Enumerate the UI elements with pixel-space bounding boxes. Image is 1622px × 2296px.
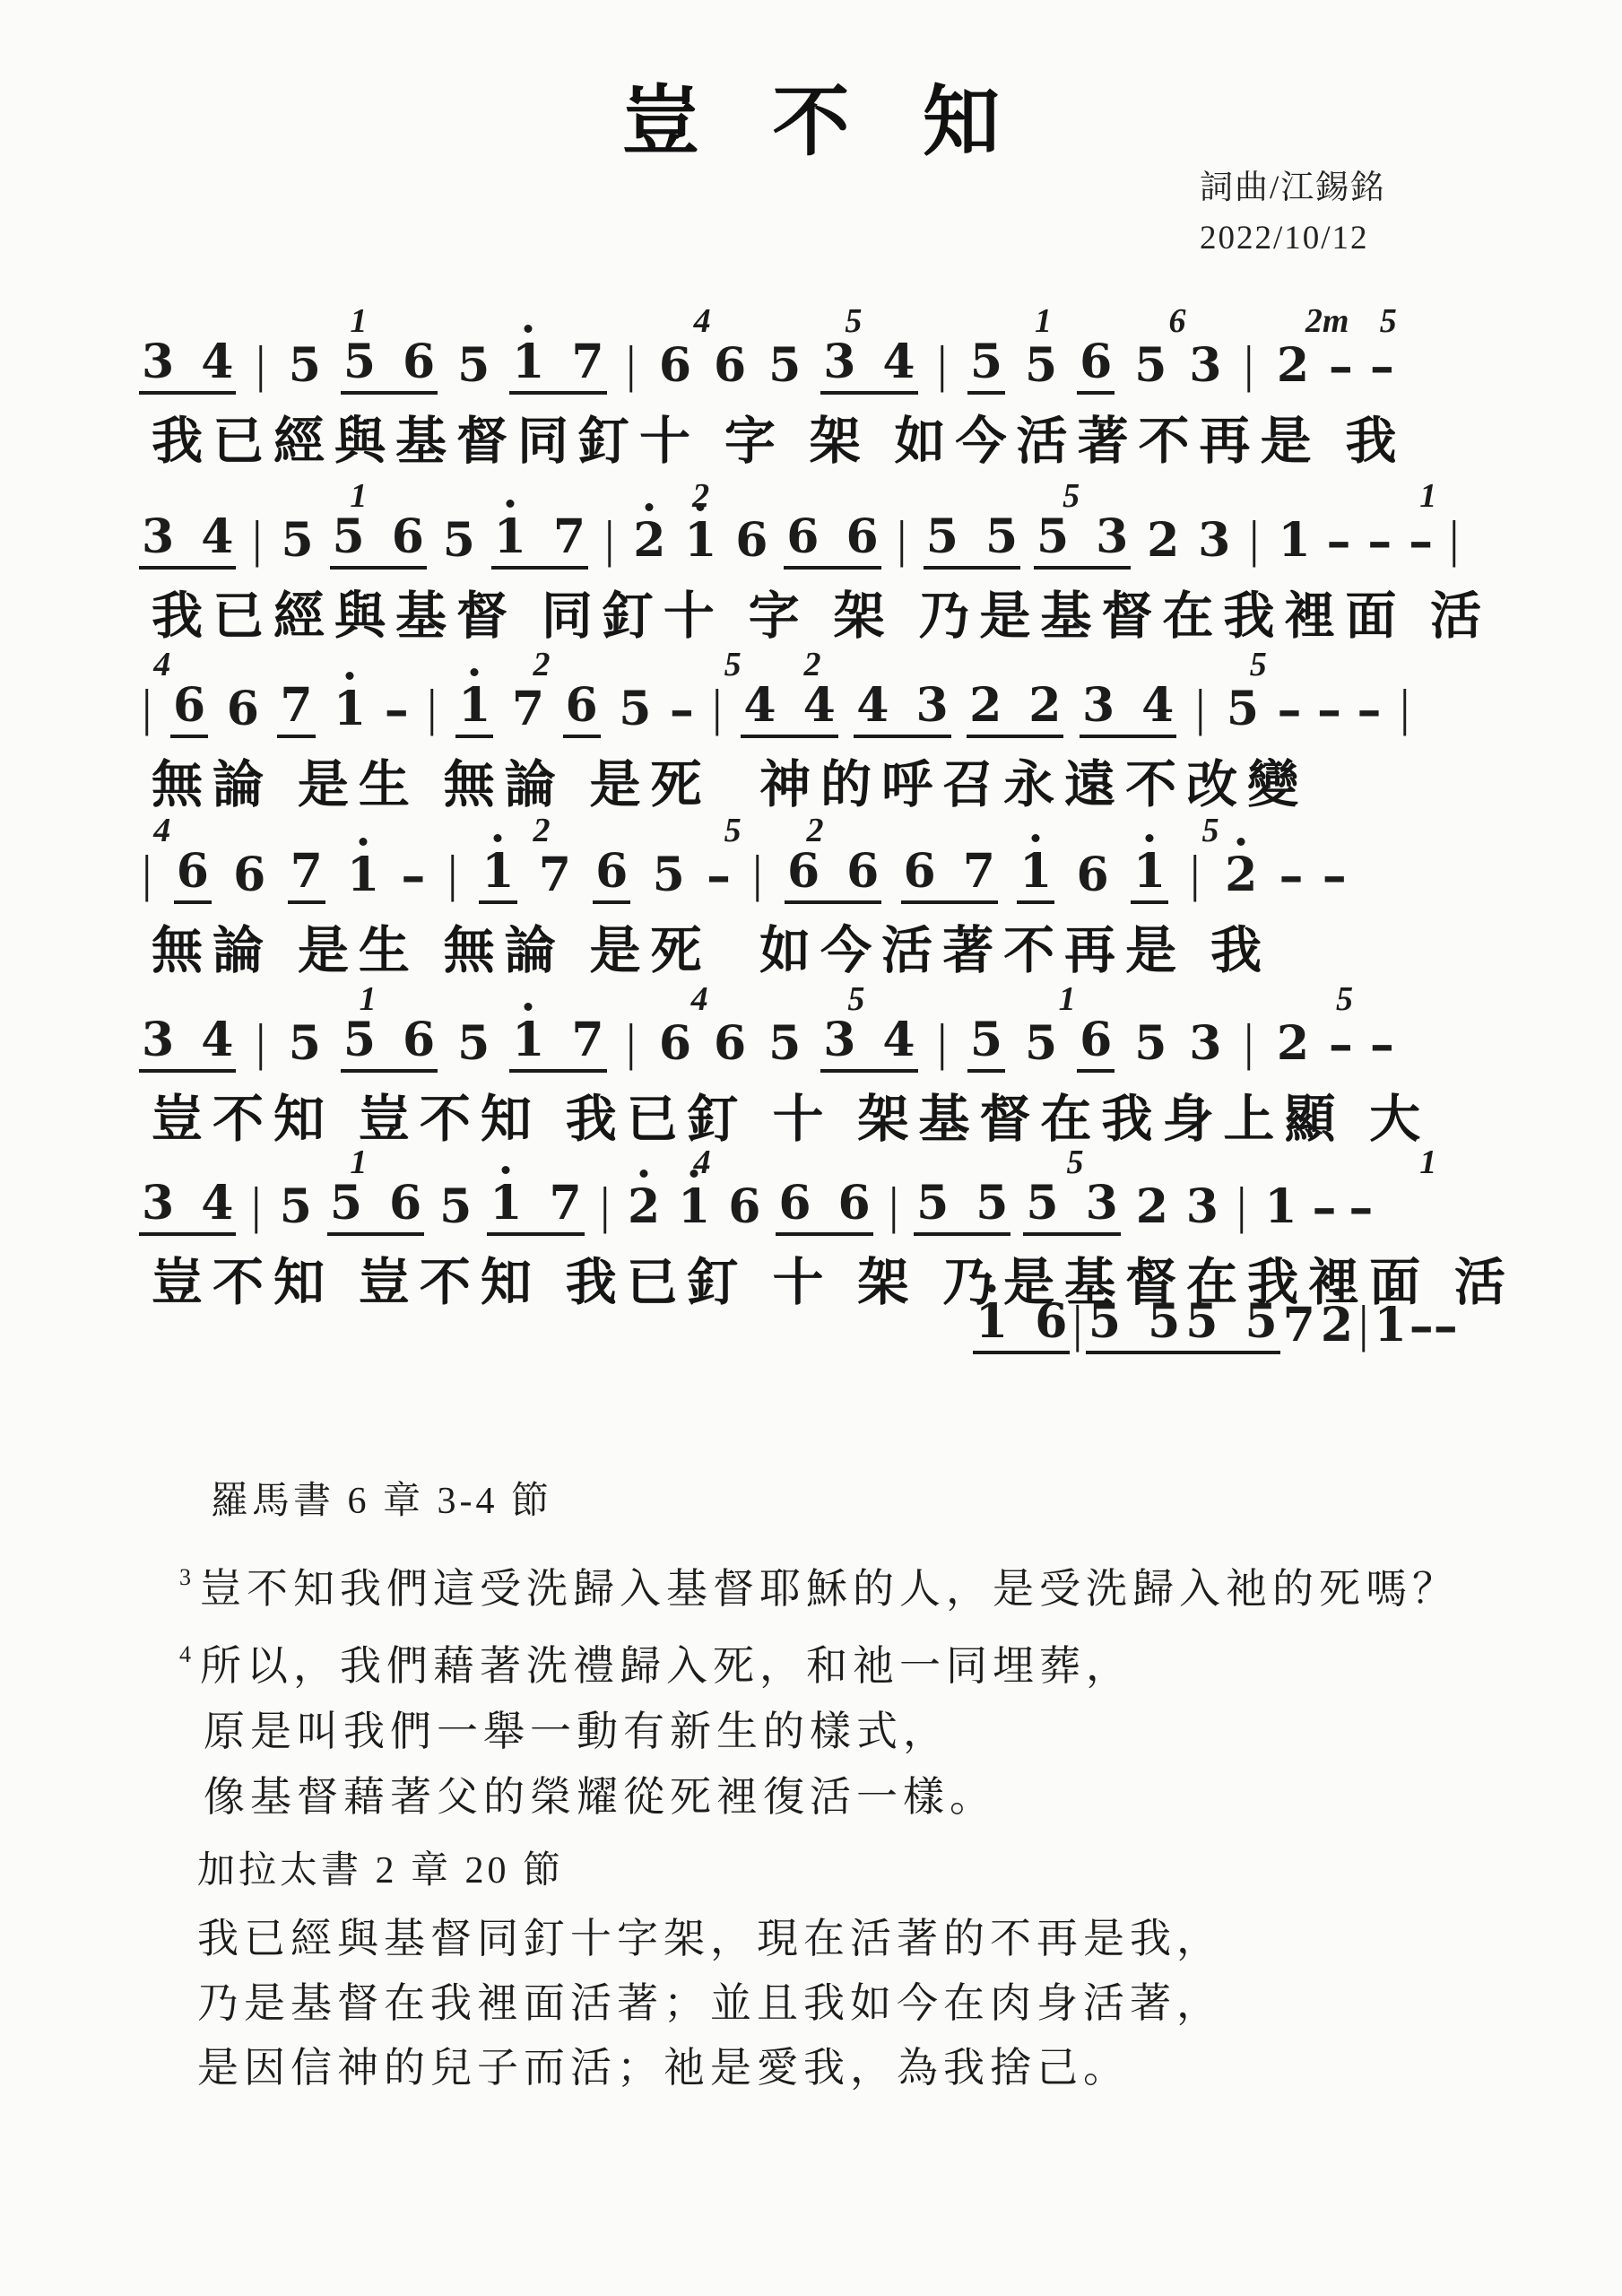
bar-line: | [142, 852, 152, 904]
note: 6 [595, 848, 628, 895]
note: 1 [512, 1017, 544, 1064]
bar-line: | [897, 517, 907, 570]
note-group: 5 [766, 1021, 803, 1073]
note: 5 [1227, 686, 1259, 733]
note-group: 1 [1372, 1302, 1409, 1354]
note: 6 [778, 1180, 811, 1227]
note: 5 [1148, 1299, 1180, 1345]
bar-line: | [142, 686, 152, 738]
note: 6 [403, 339, 435, 386]
chord-label: 4 [153, 645, 170, 684]
note: 7 [512, 686, 544, 733]
note: 1 [1133, 848, 1166, 895]
bar-line: | [712, 686, 723, 738]
note-row: |6671–|1765–|6667161|2–– [139, 848, 1347, 904]
note: 5 [926, 514, 958, 561]
note: 6 [728, 1184, 760, 1231]
note-group: 34 [139, 514, 236, 570]
note: 5 [457, 1021, 490, 1067]
note-row: 34|556517|66534|55653|2–– [139, 339, 1394, 395]
note: 5 [343, 339, 376, 386]
note-group: 1 [1262, 1184, 1299, 1236]
note: 6 [1035, 1299, 1067, 1345]
bar-line: | [626, 1021, 637, 1073]
chord-row: 145162m5 [139, 301, 1466, 341]
note: 1 [678, 1184, 710, 1231]
note: 6 [735, 517, 768, 564]
note: 7 [549, 1180, 581, 1227]
note: 3 [1096, 514, 1128, 561]
note-group: 3 [1184, 1184, 1221, 1236]
note: 5 [916, 1180, 949, 1227]
note: 5 [1089, 1299, 1121, 1345]
duration-dash: – [1323, 851, 1347, 901]
duration-dash: – [1357, 685, 1381, 735]
note-group: 66 [776, 1180, 872, 1236]
note: 6 [659, 343, 691, 389]
scripture-line: 是因信神的兒子而活；祂是愛我，為我捨己。 [179, 2036, 1223, 2100]
chord-label: 5 [1201, 811, 1219, 850]
note: 7 [539, 852, 571, 899]
note-group: 7 [536, 852, 574, 904]
chord-row: 14515 [139, 979, 1466, 1019]
duration-dash: – [670, 685, 694, 735]
note-group: 1 [1276, 517, 1314, 570]
note-group: 22 [967, 683, 1063, 738]
note: 5 [976, 1180, 1008, 1227]
note: 5 [1026, 1180, 1058, 1227]
note: 4 [803, 683, 836, 729]
notation-system: 125134|556517|21666|555323|1– – –|我已經與基督… [139, 473, 1466, 643]
note: 5 [1025, 1021, 1057, 1067]
note: 7 [291, 848, 323, 895]
note: 1 [1375, 1302, 1407, 1349]
bar-line: | [1190, 852, 1201, 904]
bar-line: | [1449, 517, 1460, 570]
note: 6 [904, 848, 936, 895]
note-group: 55 [1086, 1299, 1183, 1354]
note: 6 [846, 848, 879, 895]
note: 6 [177, 848, 209, 895]
note: 3 [1198, 517, 1230, 564]
note: 3 [1082, 683, 1115, 729]
note-group: 55 [924, 514, 1020, 570]
note: 6 [714, 343, 746, 389]
note-group: 6 [656, 343, 694, 395]
note: 1 [1279, 517, 1311, 564]
note-group: 5 [967, 339, 1005, 395]
note: 5 [330, 1180, 362, 1227]
chord-label: 1 [1035, 301, 1052, 341]
note: 5 [333, 514, 365, 561]
note: 5 [1245, 1299, 1277, 1345]
note-group: 17 [491, 514, 588, 570]
note: 3 [1086, 1180, 1118, 1227]
notation-system: 145162m534|556517|66534|55653|2––我已經與基督同… [139, 298, 1466, 468]
note: 3 [142, 1180, 174, 1227]
note-group: 7 [1280, 1302, 1318, 1354]
note-group: 2 [1274, 343, 1312, 395]
note-group: 6 [725, 1184, 763, 1236]
note-group: 56 [330, 514, 427, 570]
note: 5 [443, 517, 475, 564]
note-group: 6 [733, 517, 770, 570]
note: 5 [619, 686, 651, 733]
note-row: 34|556517|66534|55653|2–– [139, 1017, 1394, 1073]
scripture-section-romans: 羅馬書 6 章 3-4 節 3豈不知我們這受洗歸入基督耶穌的人，是受洗歸入祂的死… [179, 1471, 1459, 1830]
note-group: 1 [455, 683, 493, 738]
note: 2 [1277, 1021, 1309, 1067]
bar-line: | [599, 1184, 610, 1236]
duration-dash: – [1434, 1301, 1458, 1352]
chord-label: 5 [724, 811, 742, 850]
note: 3 [142, 339, 174, 386]
chord-label: 1 [1419, 476, 1436, 516]
note-group: 6 [656, 1021, 694, 1073]
note: 2 [633, 517, 665, 564]
scripture-line: 3豈不知我們這受洗歸入基督耶穌的人，是受洗歸入祂的死嗎？ [179, 1544, 1459, 1622]
note: 2 [628, 1184, 660, 1231]
note: 1 [1019, 848, 1052, 895]
note: 6 [1080, 1017, 1112, 1064]
lyric-line: 我已經與基督同釘十 字 架 如今活著不再是 我 [152, 400, 1406, 474]
duration-dash: – [1312, 1183, 1336, 1233]
note-group: 6 [711, 343, 749, 395]
notation-system: 42525|6671–|1765–|6667161|2––無論 是生 無論 是死… [139, 807, 1466, 978]
duration-dash: – [1317, 685, 1341, 735]
note-group: 34 [139, 1180, 236, 1236]
note-group: 5 [440, 517, 478, 570]
note-group: 3 [1186, 1021, 1224, 1073]
note-group: 2 [625, 1184, 663, 1236]
note: 7 [571, 339, 603, 386]
note: 4 [201, 1017, 233, 1064]
notation-system: 1451534|556517|66534|55653|2––豈不知 豈不知 我已… [139, 976, 1466, 1146]
note: 6 [659, 1021, 691, 1067]
note: 1 [1264, 1184, 1297, 1231]
bar-line: | [937, 1021, 948, 1073]
chord-label: 2 [533, 811, 551, 850]
note: 5 [970, 1017, 1002, 1064]
chord-label: 2 [533, 645, 551, 684]
note: 4 [743, 683, 776, 729]
note: 7 [571, 1017, 603, 1064]
bar-line: | [1194, 686, 1205, 738]
note: 1 [458, 683, 490, 729]
scripture-heading: 加拉太書 2 章 20 節 [179, 1840, 1223, 1894]
bar-line: | [1358, 1302, 1369, 1354]
note-group: 6 [1074, 852, 1112, 904]
note-group: 5 [1224, 686, 1262, 738]
coda-note-row: 16|555572|1–– [973, 1299, 1414, 1354]
note-group: 17 [487, 1180, 584, 1236]
note: 7 [553, 514, 585, 561]
note: 6 [787, 848, 820, 895]
chord-label: 5 [1067, 1143, 1084, 1182]
chord-label: 5 [1250, 645, 1267, 684]
note-group: 1 [344, 852, 382, 904]
note-group: 5 [455, 343, 492, 395]
note: 2 [1028, 683, 1061, 729]
note-group: 6 [563, 683, 601, 738]
note: 2 [1147, 517, 1179, 564]
note-group: 6 [1077, 339, 1115, 395]
duration-dash: – – – [1327, 517, 1434, 567]
note: 5 [653, 852, 685, 899]
duration-dash: – [385, 685, 409, 735]
bar-line: | [937, 343, 948, 395]
note: 5 [985, 514, 1018, 561]
note-group: 55 [914, 1180, 1010, 1236]
bar-line: | [447, 852, 457, 904]
note: 5 [289, 343, 321, 389]
note: 2 [1136, 1184, 1168, 1231]
note-group: 3 [1186, 343, 1224, 395]
note: 7 [963, 848, 995, 895]
scripture-line: 4所以，我們藉著洗禮歸入死，和祂一同埋葬， [179, 1622, 1459, 1699]
note: 3 [823, 339, 855, 386]
note: 4 [856, 683, 889, 729]
note: 1 [512, 339, 544, 386]
note: 5 [457, 343, 490, 389]
note-group: 56 [341, 339, 438, 395]
note-group: 2 [630, 517, 668, 570]
scripture-lines: 3豈不知我們這受洗歸入基督耶穌的人，是受洗歸入祂的死嗎？4所以，我們藉著洗禮歸入… [179, 1544, 1459, 1830]
note: 5 [289, 1021, 321, 1067]
duration-dash: – [1329, 1020, 1353, 1070]
note: 5 [280, 1184, 312, 1231]
note-row: 34|556517|21666|555323|1– – –| [139, 514, 1462, 570]
note: 1 [684, 517, 716, 564]
note: 2 [1321, 1302, 1353, 1349]
note: 4 [201, 339, 233, 386]
note-group: 5 [1132, 343, 1169, 395]
note-group: 2 [1274, 1021, 1312, 1073]
note: 3 [1189, 343, 1221, 389]
duration-dash: – [1278, 685, 1302, 735]
chord-label: 1 [1419, 1143, 1436, 1182]
note: 3 [142, 514, 174, 561]
note: 5 [1185, 1299, 1218, 1345]
note: 1 [334, 686, 366, 733]
note: 5 [343, 1017, 376, 1064]
note: 5 [1025, 343, 1057, 389]
note: 3 [142, 1017, 174, 1064]
note: 5 [970, 339, 1002, 386]
note: 6 [227, 686, 259, 733]
duration-dash: – [1329, 342, 1353, 392]
note-group: 1 [681, 517, 719, 570]
chord-label: 2m [1305, 301, 1349, 341]
note: 2 [1277, 343, 1309, 389]
bar-line: | [752, 852, 763, 904]
note: 6 [389, 1180, 421, 1227]
note: 7 [1283, 1302, 1315, 1349]
note: 6 [846, 514, 878, 561]
notation-system: 145134|556517|21666|555323|1––豈不知 豈不知 我已… [139, 1139, 1466, 1309]
note-group: 66 [784, 514, 880, 570]
note-group: 7 [509, 686, 547, 738]
chord-row: 42525 [139, 645, 1466, 684]
note-group: 55 [1183, 1299, 1279, 1354]
note: 5 [1134, 343, 1167, 389]
note: 5 [1134, 1021, 1167, 1067]
note: 6 [173, 683, 205, 729]
bar-line: | [1244, 1021, 1254, 1073]
note-group: 1 [331, 686, 369, 738]
bar-line: | [1072, 1302, 1083, 1354]
sheet-music-page: 豈 不 知 詞曲/江錫銘 2022/10/12 145162m534|55651… [0, 0, 1622, 2296]
lyric-line: 我已經與基督 同釘十 字 架 乃是基督在我裡面 活 [152, 575, 1491, 648]
note-group: 56 [327, 1180, 424, 1236]
chord-label: 4 [691, 979, 708, 1019]
duration-dash: – [1370, 1020, 1394, 1070]
scripture-line: 原是叫我們一舉一動有新生的樣式， [179, 1699, 1459, 1764]
bar-line: | [1249, 517, 1260, 570]
note-group: 5 [286, 343, 324, 395]
note: 6 [403, 1017, 435, 1064]
note: 5 [768, 343, 801, 389]
note-group: 6 [1077, 1017, 1115, 1073]
note-group: 34 [820, 1017, 917, 1073]
verse-number: 4 [179, 1641, 196, 1667]
note-group: 5 [286, 1021, 324, 1073]
note: 4 [882, 1017, 915, 1064]
note-group: 2 [1144, 517, 1182, 570]
duration-dash: – [1370, 342, 1394, 392]
note: 6 [233, 852, 265, 899]
note-group: 1 [1017, 848, 1054, 904]
note-group: 6 [224, 686, 262, 738]
note-group: 56 [341, 1017, 438, 1073]
note: 6 [1080, 339, 1112, 386]
note: 4 [201, 514, 233, 561]
note: 6 [566, 683, 598, 729]
note-group: 7 [277, 683, 315, 738]
bar-line: | [256, 1021, 266, 1073]
note-row: 34|556517|21666|555323|1–– [139, 1180, 1373, 1236]
note-group: 5 [455, 1021, 492, 1073]
note: 3 [1186, 1184, 1219, 1231]
note: 5 [282, 517, 314, 564]
bar-line: | [626, 343, 637, 395]
note-group: 34 [139, 339, 236, 395]
notation-system: 42525|6671–|1765–|44432234|5–––|無論 是生 無論… [139, 641, 1466, 812]
note-group: 2 [1133, 1184, 1171, 1236]
note-group: 2 [1318, 1302, 1356, 1354]
chord-label: 4 [694, 301, 711, 341]
note-group: 44 [741, 683, 837, 738]
note-group: 5 [1022, 1021, 1060, 1073]
bar-line: | [1244, 343, 1254, 395]
note: 1 [494, 514, 526, 561]
note: 3 [915, 683, 948, 729]
note-group: 67 [901, 848, 998, 904]
scripture-heading: 羅馬書 6 章 3-4 節 [179, 1471, 1459, 1525]
note: 5 [768, 1021, 801, 1067]
scripture-line: 乃是基督在我裡面活著；並且我如今在肉身活著， [179, 1971, 1223, 2036]
chord-label: 4 [153, 811, 170, 850]
scripture-section-galatians: 加拉太書 2 章 20 節 我已經與基督同釘十字架，現在活著的不再是我，乃是基督… [179, 1840, 1223, 2100]
note-group: 6 [593, 848, 630, 904]
bar-line: | [252, 517, 263, 570]
note: 6 [1077, 852, 1109, 899]
note-group: 3 [1195, 517, 1233, 570]
scripture-line: 我已經與基督同釘十字架，現在活著的不再是我， [179, 1907, 1223, 1971]
note-group: 6 [174, 848, 212, 904]
note: 2 [1225, 852, 1257, 899]
duration-dash: – [1279, 851, 1304, 901]
bar-line: | [256, 343, 266, 395]
lyric-line: 無論 是生 無論 是死 如今活著不再是 我 [152, 909, 1271, 983]
note-group: 1 [1131, 848, 1168, 904]
note-group: 17 [509, 339, 606, 395]
note-group: 7 [288, 848, 325, 904]
duration-dash: – [707, 851, 731, 901]
note: 1 [490, 1180, 522, 1227]
note: 3 [1189, 1021, 1221, 1067]
duration-dash: – [1409, 1301, 1434, 1352]
note-group: 6 [170, 683, 208, 738]
note-group: 5 [766, 343, 803, 395]
notation-area: 145162m534|556517|66534|55653|2––我已經與基督同… [139, 0, 1466, 1471]
lyric-line: 無論 是生 無論 是死 神的呼召永遠不改變 [152, 744, 1308, 817]
note: 7 [280, 683, 312, 729]
note-group: 34 [1080, 683, 1176, 738]
note-group: 5 [277, 1184, 315, 1236]
duration-dash: – [401, 851, 425, 901]
chord-label: 5 [724, 645, 742, 684]
note-row: |6671–|1765–|44432234|5–––| [139, 683, 1413, 738]
note-group: 5 [1132, 1021, 1169, 1073]
bar-line: | [1236, 1184, 1247, 1236]
bar-line: | [604, 517, 615, 570]
note-group: 66 [785, 848, 881, 904]
note-group: 5 [1022, 343, 1060, 395]
note-group: 43 [854, 683, 950, 738]
note: 5 [1037, 514, 1069, 561]
note: 1 [347, 852, 379, 899]
note: 6 [714, 1021, 746, 1067]
bar-line: | [888, 1184, 898, 1236]
note: 6 [786, 514, 819, 561]
note-group: 6 [711, 1021, 749, 1073]
note-group: 6 [230, 852, 268, 904]
scripture-lines: 我已經與基督同釘十字架，現在活著的不再是我，乃是基督在我裡面活著；並且我如今在肉… [179, 1907, 1223, 2100]
note: 4 [201, 1180, 233, 1227]
note: 6 [838, 1180, 871, 1227]
note: 1 [481, 848, 514, 895]
bar-line: | [427, 686, 438, 738]
chord-label: 1 [1059, 979, 1076, 1019]
note-group: 53 [1023, 1180, 1120, 1236]
note: 4 [1141, 683, 1174, 729]
note: 3 [823, 1017, 855, 1064]
note: 4 [882, 339, 915, 386]
scripture-line: 像基督藉著父的榮耀從死裡復活一樣。 [179, 1764, 1459, 1830]
note-group: 34 [139, 1017, 236, 1073]
note: 1 [976, 1299, 1008, 1345]
note-group: 5 [437, 1184, 474, 1236]
chord-label: 5 [1380, 301, 1397, 341]
bar-line: | [1400, 686, 1410, 738]
bar-line: | [251, 1184, 262, 1236]
chord-label: 6 [1168, 301, 1185, 341]
note-group: 1 [675, 1184, 713, 1236]
note: 5 [439, 1184, 472, 1231]
note-group: 1 [479, 848, 516, 904]
note-group: 5 [279, 517, 317, 570]
